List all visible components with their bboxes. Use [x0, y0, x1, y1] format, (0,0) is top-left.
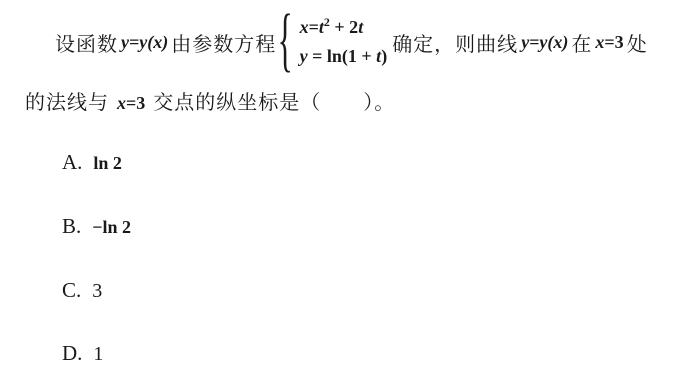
eq1-equals: = [309, 17, 319, 37]
option-b[interactable]: B. −ln 2 [62, 214, 131, 239]
parametric-equation-system: { x=t2 + 2t y = ln(1 + t) [278, 18, 387, 67]
x-var-2: x [117, 93, 126, 113]
equation-y-of-t: y = ln(1 + t) [300, 47, 388, 67]
option-a-formula: ln 2 [93, 153, 122, 174]
eq1-var-x: x [300, 17, 309, 37]
question-text-determined: 确定，则曲线 [392, 28, 518, 57]
left-brace: { [278, 2, 293, 82]
option-a[interactable]: A. ln 2 [62, 150, 122, 175]
eq2-ln-open: = ln(1 + [308, 46, 377, 66]
question-page: 设函数 y=y(x) 由参数方程 { x=t2 + 2t y = ln(1 + … [0, 0, 698, 385]
question-line-2: 的法线与 x=3 交点的纵坐标是（ ）。 [25, 86, 395, 115]
option-a-letter: A. [62, 150, 82, 175]
question-text-intersection: 交点的纵坐标是（ ）。 [153, 92, 395, 114]
math-y-of-x-1: y=y(x) [118, 32, 171, 53]
option-d-formula: 1 [93, 343, 103, 366]
question-text-at: 在 [571, 28, 592, 57]
option-d[interactable]: D. 1 [62, 341, 103, 366]
math-x-equals-3-line2: x=3 [114, 93, 148, 113]
question-text-parametric: 由参数方程 [171, 28, 276, 57]
equals-3-2: =3 [126, 93, 145, 113]
system-equations: x=t2 + 2t y = ln(1 + t) [300, 18, 388, 67]
equation-x-of-t: x=t2 + 2t [300, 18, 388, 38]
question-line-1: 设函数 y=y(x) 由参数方程 { x=t2 + 2t y = ln(1 + … [55, 6, 648, 78]
option-c-formula: 3 [92, 280, 102, 303]
eq2-close-paren: ) [381, 46, 387, 66]
math-x-equals-3-line1: x=3 [592, 32, 626, 53]
option-d-letter: D. [62, 341, 82, 366]
option-b-letter: B. [62, 214, 81, 239]
question-text-place: 处 [627, 28, 648, 57]
option-c-letter: C. [62, 278, 81, 303]
question-text-intro: 设函数 [55, 28, 118, 57]
eq1-plus-2: + 2 [330, 17, 358, 37]
question-text-normal-line: 的法线与 [25, 92, 109, 114]
math-y-of-x-2: y=y(x) [518, 32, 571, 53]
option-b-formula: −ln 2 [92, 217, 131, 238]
equals-3: =3 [604, 32, 623, 52]
eq1-var-t2: t [358, 17, 363, 37]
eq2-var-y: y [300, 46, 308, 66]
option-c[interactable]: C. 3 [62, 278, 102, 303]
